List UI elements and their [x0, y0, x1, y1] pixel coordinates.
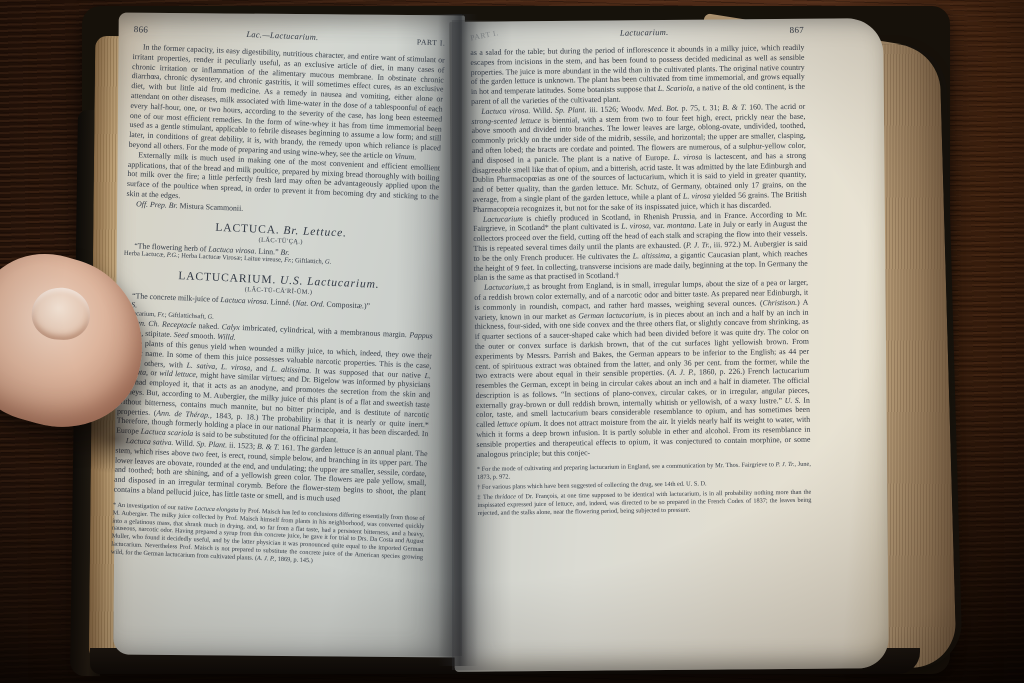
book-photo-scene: 866 Lac.—Lactucarium. PART I. In the for…	[0, 0, 1024, 683]
photo-vignette	[0, 0, 1024, 683]
